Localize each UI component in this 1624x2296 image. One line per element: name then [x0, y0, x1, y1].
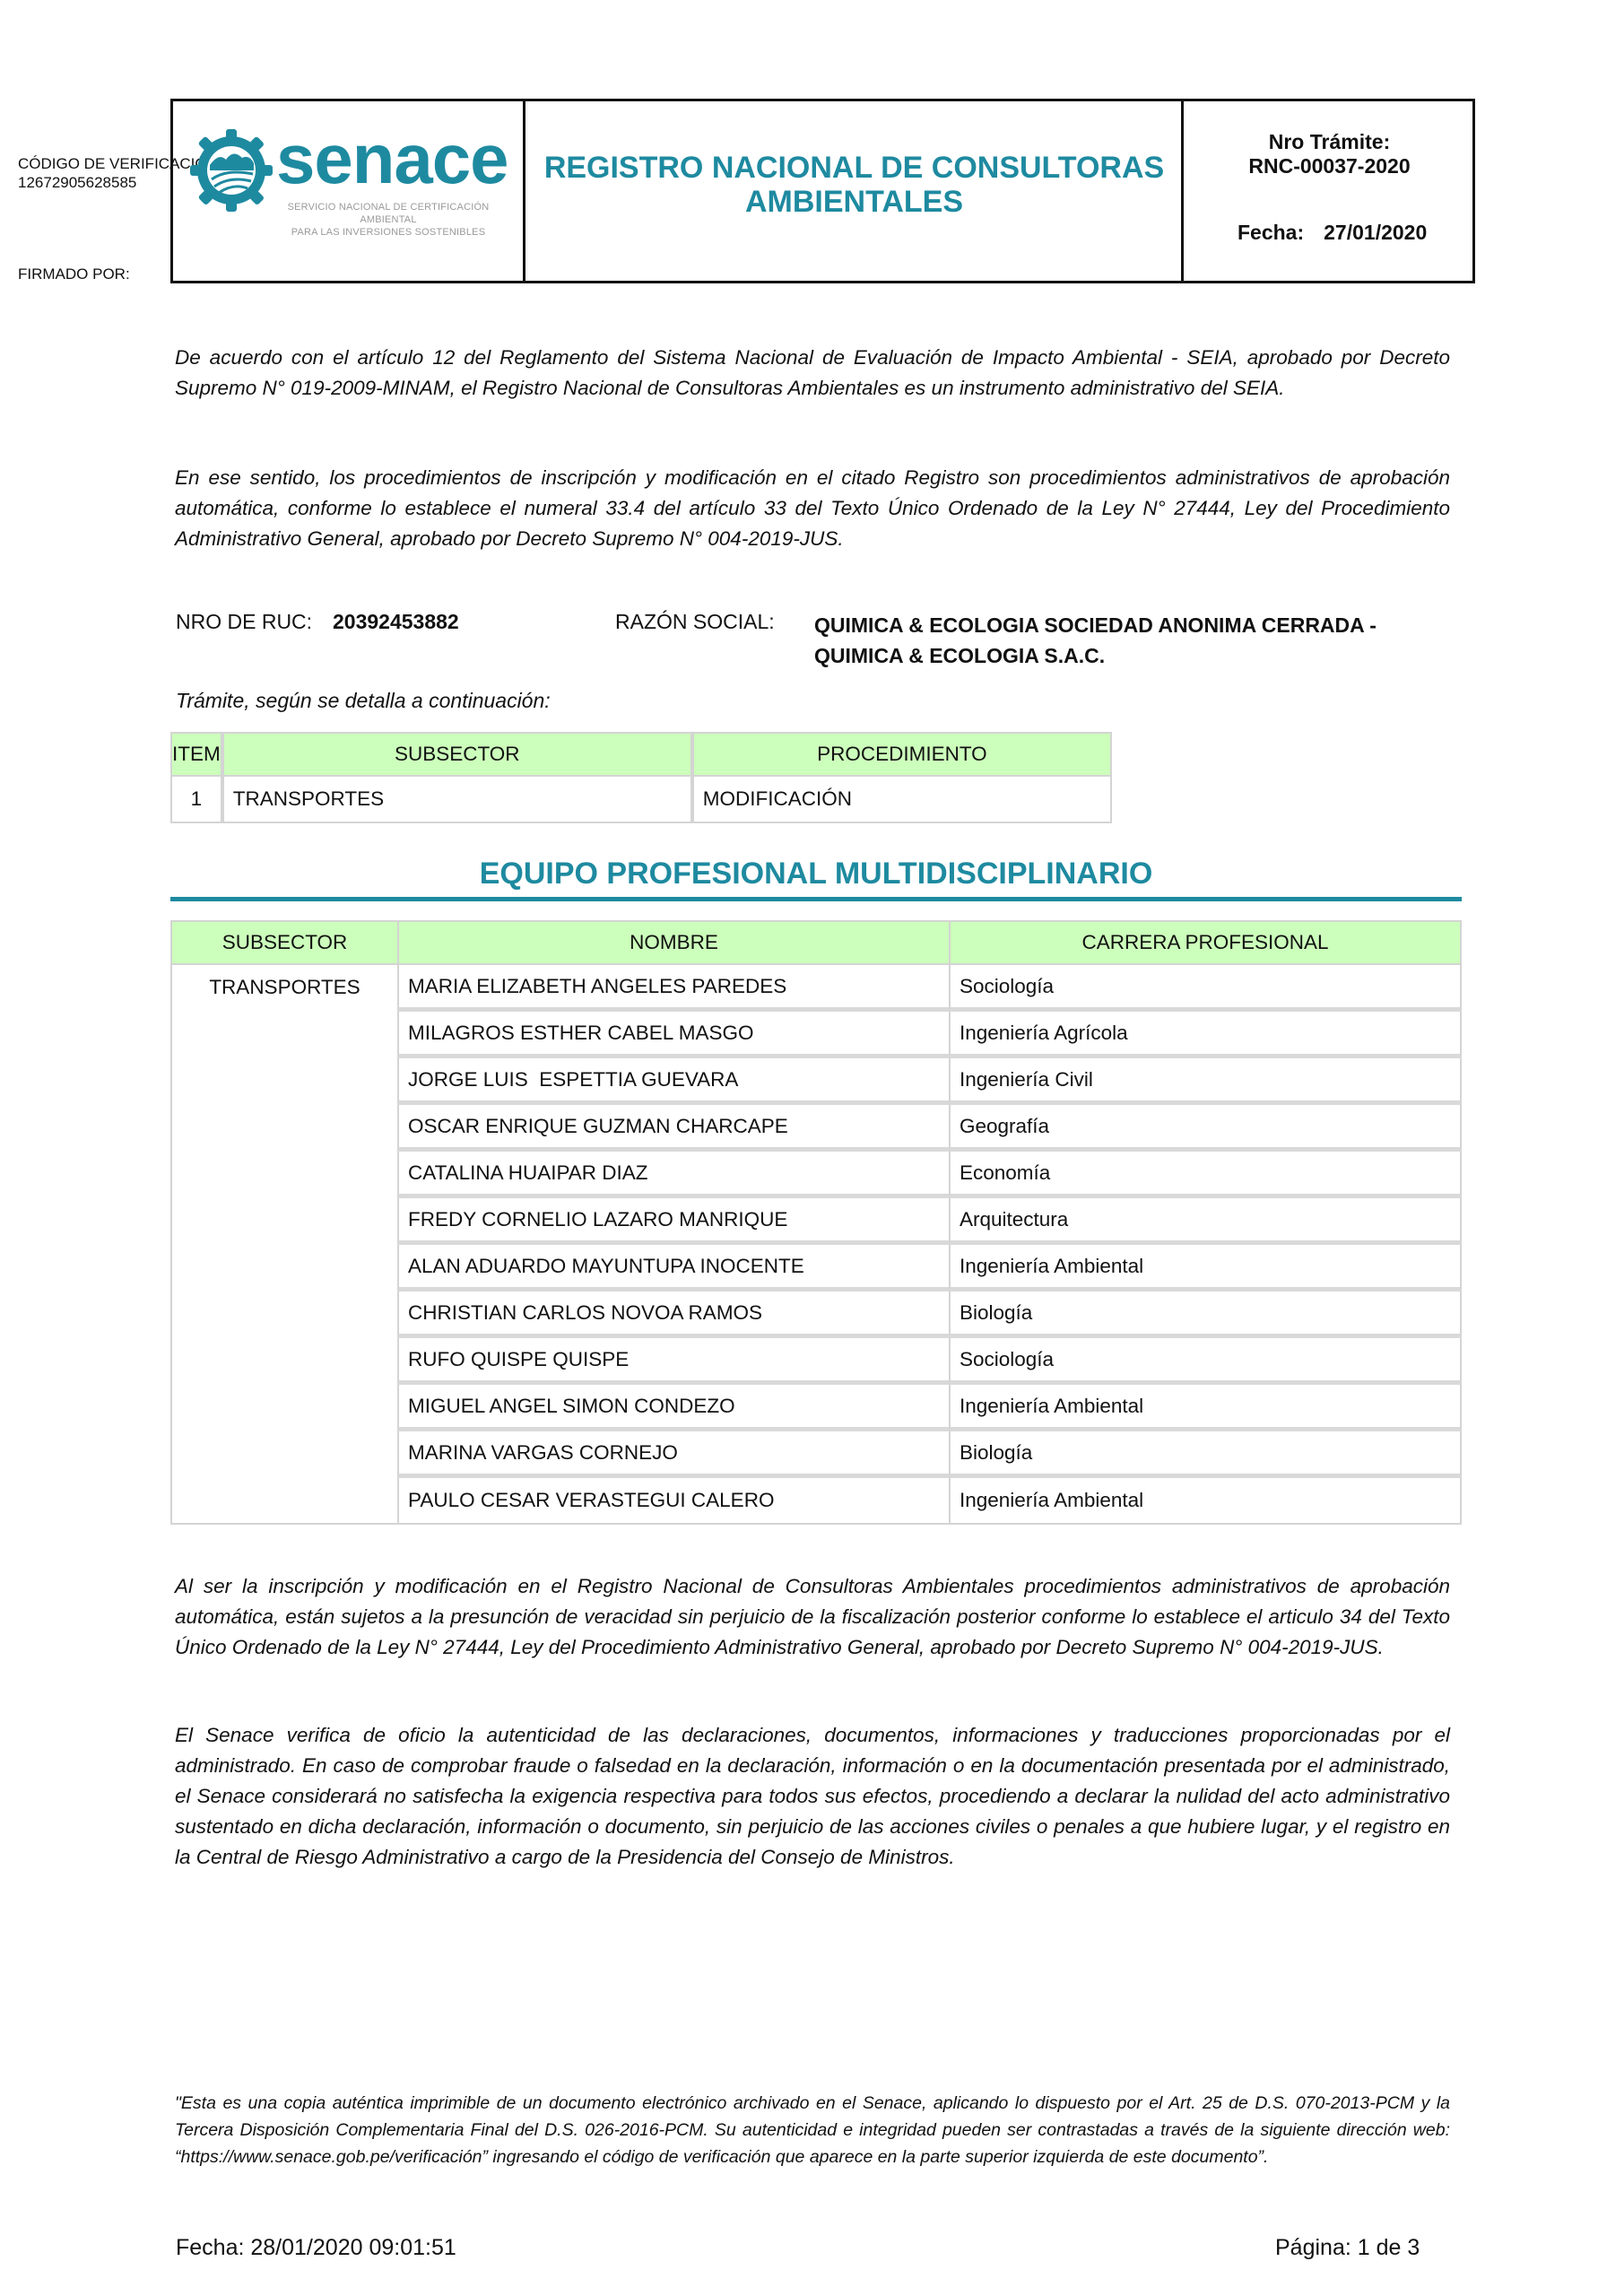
logo-subtitle: SERVICIO NACIONAL DE CERTIFICACIÓN AMBIE…: [276, 201, 500, 239]
table-row: 1 TRANSPORTES MODIFICACIÓN: [170, 777, 1112, 823]
cell-member-name: ALAN ADUARDO MAYUNTUPA INOCENTE: [397, 1245, 949, 1291]
section-divider: [170, 897, 1462, 901]
header-divider: [1181, 99, 1184, 283]
header-divider: [523, 99, 525, 283]
team-table: SUBSECTOR NOMBRE CARRERA PROFESIONAL TRA…: [170, 920, 1462, 1525]
razon-social-label: RAZÓN SOCIAL:: [615, 610, 775, 634]
document-title-line1: REGISTRO NACIONAL DE CONSULTORAS: [529, 151, 1179, 185]
table-row: TRANSPORTESMARIA ELIZABETH ANGELES PARED…: [170, 965, 1462, 1012]
senace-logo: senace SERVICIO NACIONAL DE CERTIFICACIÓ…: [190, 126, 513, 242]
ruc-label: NRO DE RUC:: [176, 610, 312, 634]
page-number: Página: 1 de 3: [1275, 2235, 1420, 2261]
cell-member-name: CATALINA HUAIPAR DIAZ: [397, 1152, 949, 1198]
logo-subtitle-line2: PARA LAS INVERSIONES SOSTENIBLES: [276, 226, 500, 239]
cell-member-name: FREDY CORNELIO LAZARO MANRIQUE: [397, 1198, 949, 1245]
cell-career: Biología: [949, 1291, 1462, 1338]
cell-member-name: PAULO CESAR VERASTEGUI CALERO: [397, 1478, 949, 1525]
cell-procedimiento: MODIFICACIÓN: [692, 777, 1112, 823]
cell-career: Biología: [949, 1431, 1462, 1478]
footer-date: Fecha: 28/01/2020 09:01:51: [176, 2235, 456, 2261]
cell-career: Economía: [949, 1152, 1462, 1198]
cell-member-name: JORGE LUIS ESPETTIA GUEVARA: [397, 1058, 949, 1105]
team-table-header: SUBSECTOR NOMBRE CARRERA PROFESIONAL: [170, 920, 1462, 965]
logo-wordmark: senace: [276, 118, 508, 200]
closing-paragraph-1: Al ser la inscripción y modificación en …: [175, 1571, 1450, 1663]
column-header-carrera: CARRERA PROFESIONAL: [949, 920, 1462, 965]
tramite-number: RNC-00037-2020: [1184, 154, 1475, 178]
cell-career: Geografía: [949, 1105, 1462, 1152]
tramite-intro: Trámite, según se detalla a continuación…: [176, 689, 551, 713]
razon-social-line1: QUIMICA & ECOLOGIA SOCIEDAD ANONIMA CERR…: [814, 610, 1442, 640]
cell-member-name: MIGUEL ANGEL SIMON CONDEZO: [397, 1385, 949, 1431]
column-header-subsector: SUBSECTOR: [170, 920, 397, 965]
cell-member-name: RUFO QUISPE QUISPE: [397, 1338, 949, 1385]
cell-member-name: CHRISTIAN CARLOS NOVOA RAMOS: [397, 1291, 949, 1338]
procedure-table: ITEM SUBSECTOR PROCEDIMIENTO 1 TRANSPORT…: [170, 732, 1112, 823]
intro-paragraph-2: En ese sentido, los procedimientos de in…: [175, 463, 1450, 554]
team-table-body: TRANSPORTESMARIA ELIZABETH ANGELES PARED…: [170, 965, 1462, 1525]
closing-paragraph-2: El Senace verifica de oficio la autentic…: [175, 1720, 1450, 1873]
cell-career: Sociología: [949, 1338, 1462, 1385]
cell-career: Arquitectura: [949, 1198, 1462, 1245]
cell-member-name: MARINA VARGAS CORNEJO: [397, 1431, 949, 1478]
cell-career: Ingeniería Civil: [949, 1058, 1462, 1105]
team-section-title: EQUIPO PROFESIONAL MULTIDISCIPLINARIO: [170, 857, 1462, 891]
header-date-label: Fecha:: [1238, 221, 1304, 244]
cell-subsector: TRANSPORTES: [170, 965, 397, 1525]
authenticity-note: "Esta es una copia auténtica imprimible …: [175, 2090, 1450, 2170]
cell-career: Sociología: [949, 965, 1462, 1012]
cell-member-name: OSCAR ENRIQUE GUZMAN CHARCAPE: [397, 1105, 949, 1152]
column-header-procedimiento: PROCEDIMIENTO: [692, 732, 1112, 777]
cell-item: 1: [170, 777, 222, 823]
header-date: Fecha:27/01/2020: [1238, 221, 1427, 245]
column-header-item: ITEM: [170, 732, 222, 777]
razon-social-value: QUIMICA & ECOLOGIA SOCIEDAD ANONIMA CERR…: [814, 610, 1442, 671]
senace-gear-landscape-icon: [190, 126, 273, 215]
signed-by-label: FIRMADO POR:: [18, 265, 130, 283]
column-header-subsector: SUBSECTOR: [222, 732, 692, 777]
cell-career: Ingeniería Ambiental: [949, 1385, 1462, 1431]
column-header-nombre: NOMBRE: [397, 920, 949, 965]
procedure-table-header: ITEM SUBSECTOR PROCEDIMIENTO: [170, 732, 1112, 777]
cell-career: Ingeniería Ambiental: [949, 1478, 1462, 1525]
logo-subtitle-line1: SERVICIO NACIONAL DE CERTIFICACIÓN AMBIE…: [276, 201, 500, 226]
cell-subsector: TRANSPORTES: [222, 777, 692, 823]
intro-paragraph-1: De acuerdo con el artículo 12 del Reglam…: [175, 343, 1450, 404]
tramite-number-label: Nro Trámite:: [1184, 130, 1475, 154]
cell-career: Ingeniería Agrícola: [949, 1012, 1462, 1058]
cell-member-name: MARIA ELIZABETH ANGELES PAREDES: [397, 965, 949, 1012]
header-date-value: 27/01/2020: [1324, 221, 1427, 244]
document-title: REGISTRO NACIONAL DE CONSULTORAS AMBIENT…: [529, 151, 1179, 219]
razon-social-line2: QUIMICA & ECOLOGIA S.A.C.: [814, 640, 1442, 671]
document-title-line2: AMBIENTALES: [529, 185, 1179, 219]
ruc-value: 20392453882: [333, 610, 459, 634]
cell-member-name: MILAGROS ESTHER CABEL MASGO: [397, 1012, 949, 1058]
cell-career: Ingeniería Ambiental: [949, 1245, 1462, 1291]
